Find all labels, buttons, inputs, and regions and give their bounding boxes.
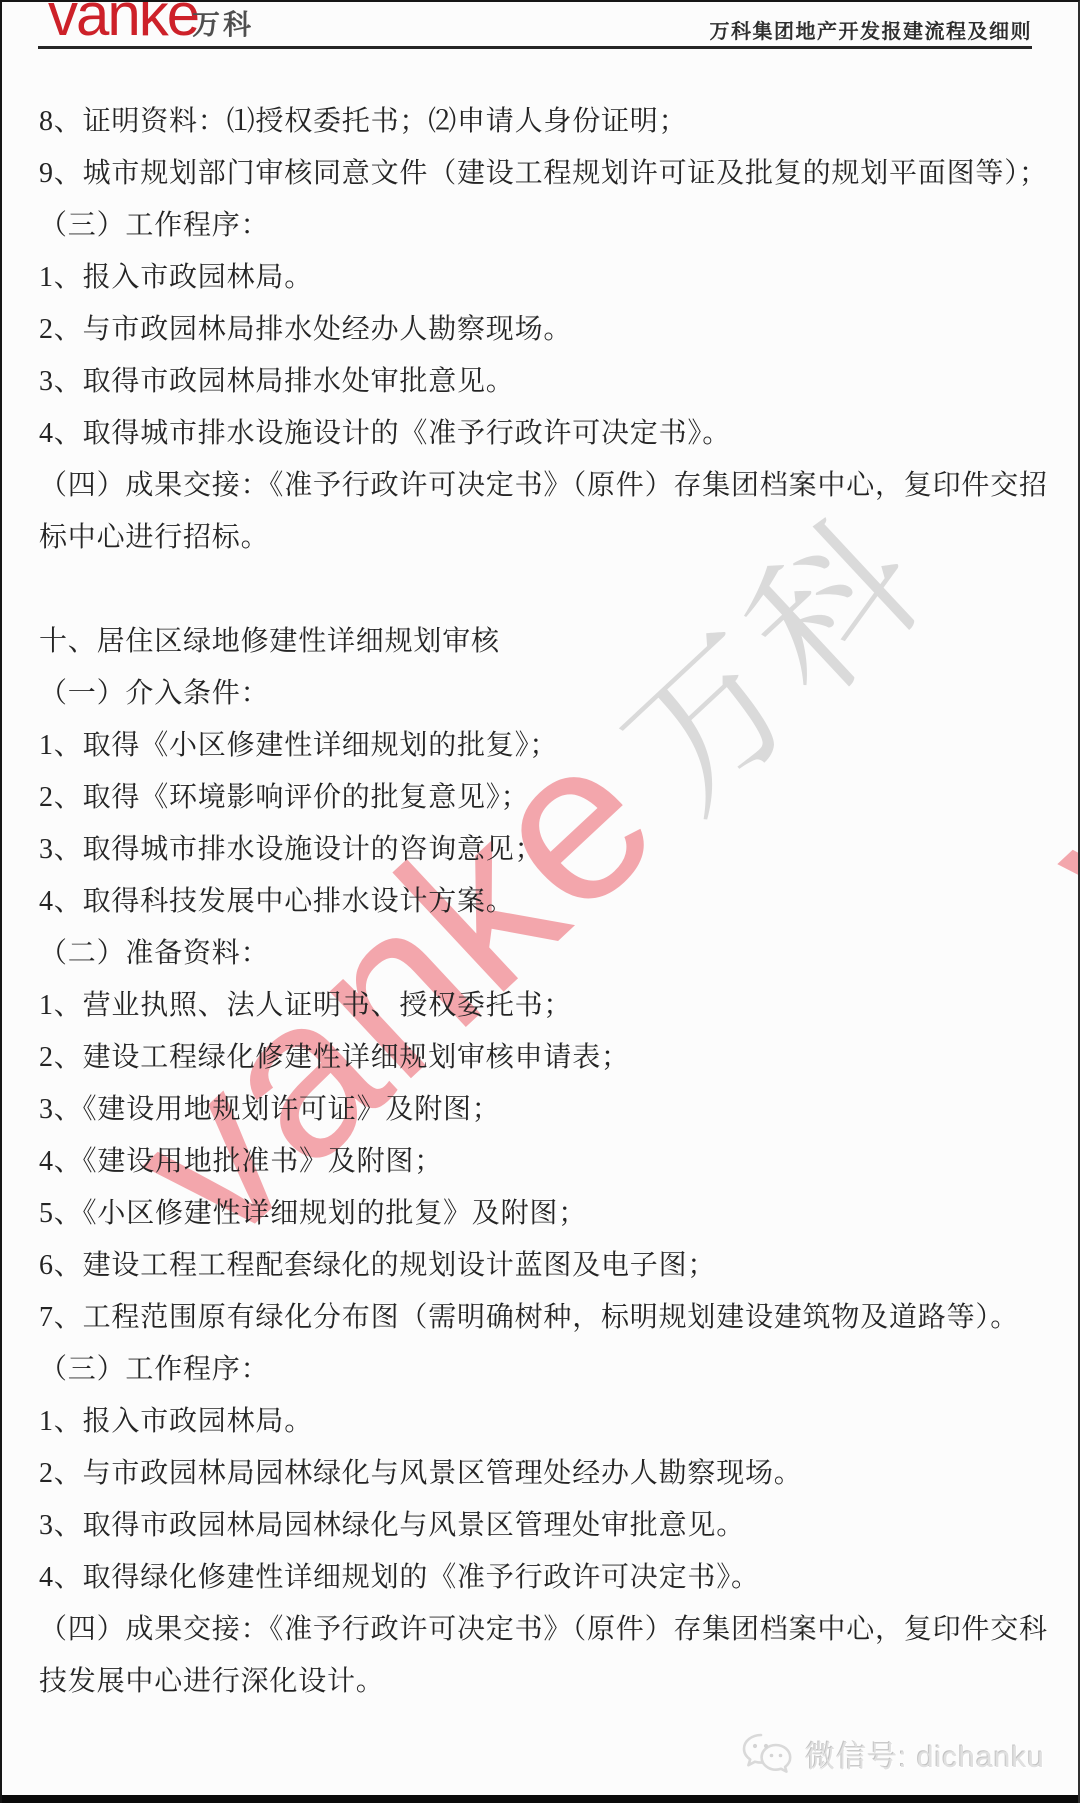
wechat-id-label: 微信号: dichanku: [805, 1732, 1045, 1776]
text-line: 4、取得城市排水设施设计的《准予行政许可决定书》。: [39, 408, 1051, 460]
document-body: 8、证明资料：⑴授权委托书；⑵申请人身份证明；9、城市规划部门审核同意文件（建设…: [39, 96, 1051, 1708]
text-line: （二）准备资料：: [39, 928, 1051, 980]
header-divider: [38, 46, 1032, 49]
vanke-logo-latin: vanke: [48, 0, 198, 45]
page-footer: 微信号: dichanku: [740, 1731, 1045, 1777]
text-line: 8、证明资料：⑴授权委托书；⑵申请人身份证明；: [39, 96, 1051, 148]
text-line: 3、取得市政园林局园林绿化与风景区管理处审批意见。: [39, 1500, 1051, 1552]
text-line: 3、《建设用地规划许可证》及附图；: [39, 1084, 1051, 1136]
text-line: 2、取得《环境影响评价的批复意见》；: [39, 772, 1051, 824]
document-page: vanke 万科 万科集团地产开发报建流程及细则 vanke万科 vanke万科…: [0, 0, 1080, 1803]
document-title: 万科集团地产开发报建流程及细则: [710, 15, 1033, 44]
document-section: 十、居住区绿地修建性详细规划审核（一）介入条件：1、取得《小区修建性详细规划的批…: [39, 616, 1051, 1708]
text-line: 3、取得城市排水设施设计的咨询意见；: [39, 824, 1051, 876]
text-line: 1、报入市政园林局。: [39, 252, 1051, 304]
document-section: 8、证明资料：⑴授权委托书；⑵申请人身份证明；9、城市规划部门审核同意文件（建设…: [39, 96, 1051, 564]
text-line: （三）工作程序：: [39, 200, 1051, 252]
text-line: 6、建设工程工程配套绿化的规划设计蓝图及电子图；: [39, 1240, 1051, 1292]
text-line: 十、居住区绿地修建性详细规划审核: [39, 616, 1051, 668]
text-line: 7、工程范围原有绿化分布图（需明确树种，标明规划建设建筑物及道路等）。: [39, 1292, 1051, 1344]
wechat-icon: [740, 1731, 796, 1777]
text-line: 1、报入市政园林局。: [39, 1396, 1051, 1448]
text-line: （一）介入条件：: [39, 668, 1051, 720]
text-line: （四）成果交接：《准予行政许可决定书》（原件）存集团档案中心，复印件交招: [39, 460, 1051, 512]
text-line: （四）成果交接：《准予行政许可决定书》（原件）存集团档案中心，复印件交科: [39, 1604, 1051, 1656]
text-line: （三）工作程序：: [39, 1344, 1051, 1396]
text-line: 2、与市政园林局园林绿化与风景区管理处经办人勘察现场。: [39, 1448, 1051, 1500]
text-line: 2、与市政园林局排水处经办人勘察现场。: [39, 304, 1051, 356]
text-line: 4、取得科技发展中心排水设计方案。: [39, 876, 1051, 928]
text-line: 4、取得绿化修建性详细规划的《准予行政许可决定书》。: [39, 1552, 1051, 1604]
text-line: 技发展中心进行深化设计。: [39, 1656, 1051, 1708]
text-line: 5、《小区修建性详细规划的批复》及附图；: [39, 1188, 1051, 1240]
text-line: 1、取得《小区修建性详细规划的批复》；: [39, 720, 1051, 772]
bottom-border-bar: [2, 1795, 1078, 1803]
vanke-logo-cjk: 万科: [192, 11, 254, 39]
text-line: 2、建设工程绿化修建性详细规划审核申请表；: [39, 1032, 1051, 1084]
text-line: 4、《建设用地批准书》及附图；: [39, 1136, 1051, 1188]
text-line: 1、营业执照、法人证明书、授权委托书；: [39, 980, 1051, 1032]
text-line: 9、城市规划部门审核同意文件（建设工程规划许可证及批复的规划平面图等）；: [39, 148, 1051, 200]
text-line: 3、取得市政园林局排水处审批意见。: [39, 356, 1051, 408]
text-line: 标中心进行招标。: [39, 512, 1051, 564]
